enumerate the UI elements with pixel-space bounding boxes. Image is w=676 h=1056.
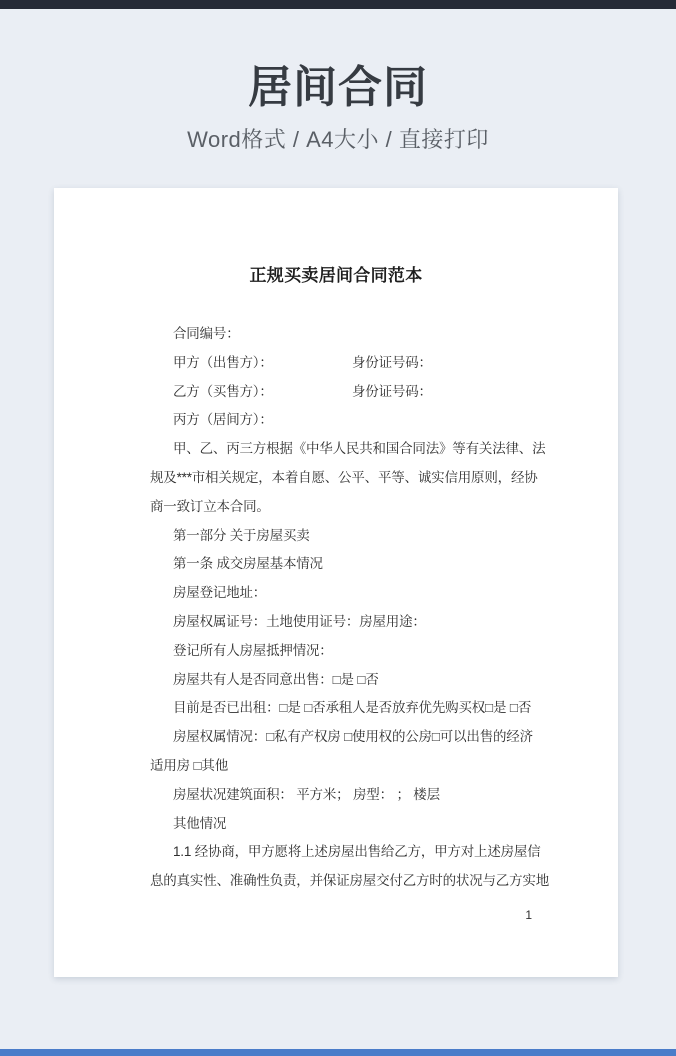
- document-line: 乙方（买售方）：身份证号码：: [54, 378, 618, 407]
- line-right-text: 身份证号码：: [352, 384, 432, 399]
- document-line: 其他情况: [54, 810, 618, 839]
- document-line: 适用房 □其他: [54, 752, 618, 781]
- page-title: 居间合同: [0, 64, 676, 112]
- line-left-text: 甲方（出售方）：: [173, 349, 352, 378]
- line-left-text: 乙方（买售方）：: [173, 378, 352, 407]
- document-line: 第一部分 关于房屋买卖: [54, 522, 618, 551]
- document-line: 房屋共有人是否同意出售：□是 □否: [54, 666, 618, 695]
- line-right-text: 身份证号码：: [352, 355, 432, 370]
- top-edge-bar: [0, 0, 676, 9]
- document-line: 1.1 经协商，甲方愿将上述房屋出售给乙方，甲方对上述房屋信: [54, 838, 618, 867]
- page-subtitle: Word格式 / A4大小 / 直接打印: [0, 123, 676, 154]
- document-line: 房屋登记地址：: [54, 579, 618, 608]
- document-line: 合同编号：: [54, 320, 618, 349]
- document-line: 规及***市相关规定，本着自愿、公平、平等、诚实信用原则，经协: [54, 464, 618, 493]
- document-line: 甲、乙、丙三方根据《中华人民共和国合同法》等有关法律、法: [54, 435, 618, 464]
- page-background: 居间合同 Word格式 / A4大小 / 直接打印 正规买卖居间合同范本 合同编…: [0, 0, 676, 1056]
- document-line: 登记所有人房屋抵押情况：: [54, 637, 618, 666]
- document-line: 甲方（出售方）：身份证号码：: [54, 349, 618, 378]
- document-line: 第一条 成交房屋基本情况: [54, 550, 618, 579]
- document-title: 正规买卖居间合同范本: [54, 267, 618, 284]
- bottom-edge-bar: [0, 1049, 676, 1056]
- document-line: 房屋权属证号：土地使用证号：房屋用途：: [54, 608, 618, 637]
- document-line: 商一致订立本合同。: [54, 493, 618, 522]
- document-line: 房屋权属情况：□私有产权房 □使用权的公房□可以出售的经济: [54, 723, 618, 752]
- document-line: 房屋状况建筑面积： 平方米； 房型： ； 楼层: [54, 781, 618, 810]
- document-line: 目前是否已出租：□是 □否承租人是否放弃优先购买权□是 □否: [54, 694, 618, 723]
- document-line: 丙方（居间方）：: [54, 406, 618, 435]
- document-line: 息的真实性、准确性负责，并保证房屋交付乙方时的状况与乙方实地: [54, 867, 618, 896]
- page-number: 1: [525, 908, 532, 922]
- document-body: 合同编号：甲方（出售方）：身份证号码：乙方（买售方）：身份证号码：丙方（居间方）…: [54, 320, 618, 896]
- document-paper: 正规买卖居间合同范本 合同编号：甲方（出售方）：身份证号码：乙方（买售方）：身份…: [54, 188, 618, 977]
